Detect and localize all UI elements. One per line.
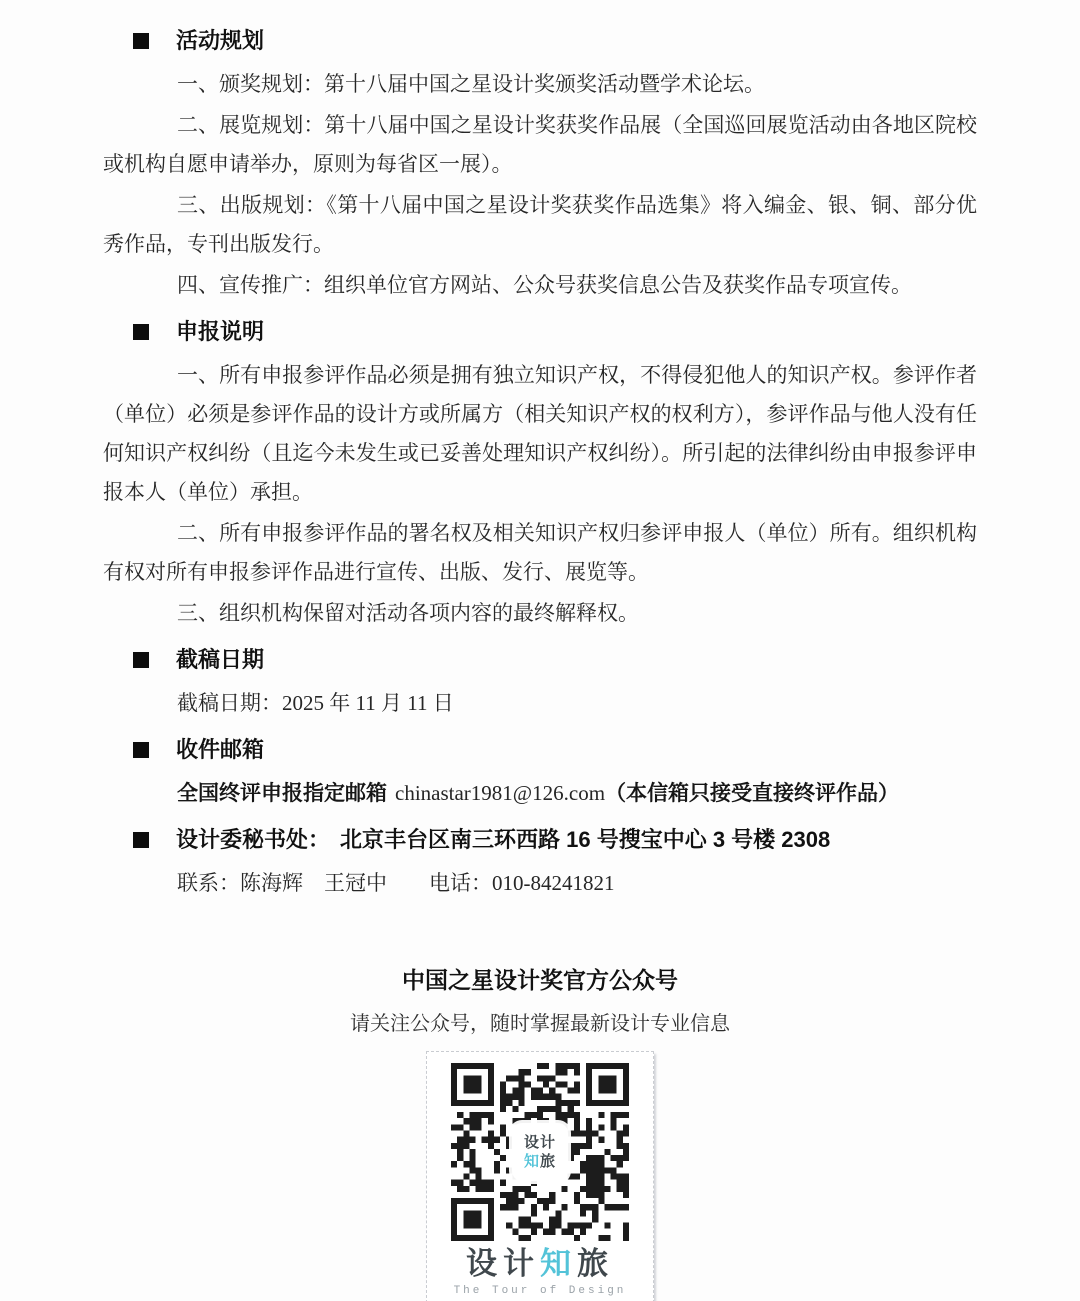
brand-logo: 设计知旅 [427, 1247, 653, 1281]
section-heading-label: 申报说明 [176, 312, 264, 352]
qr-badge-line2: 知旅 [524, 1152, 556, 1171]
document-content: 活动规划 一、颁奖规划：第十八届中国之星设计奖颁奖活动暨学术论坛。 二、展览规划… [0, 0, 1080, 1301]
brand-highlight: 知 [540, 1246, 577, 1281]
qr-badge-highlight: 知 [524, 1153, 540, 1170]
email-address: chinastar1981@126.com [395, 781, 605, 805]
section-heading-label: 截稿日期 [176, 640, 264, 680]
qr-card: 设计 知旅 设计知旅 The Tour of Design [426, 1051, 654, 1301]
secretariat-address: 北京丰台区南三环西路 16 号搜宝中心 3 号楼 2308 [340, 820, 830, 860]
section-heading-label: 活动规划 [176, 21, 264, 61]
section-heading-activity: 活动规划 [133, 21, 977, 61]
mailbox-note: （本信箱只接受直接终评作品） [605, 782, 899, 805]
brand-tagline: The Tour of Design [427, 1284, 653, 1298]
brand-part2: 旅 [577, 1246, 614, 1281]
paragraph-publication-plan: 三、出版规划：《第十八届中国之星设计奖获奖作品选集》将入编金、银、铜、部分优秀作… [103, 186, 977, 264]
document-page: 活动规划 一、颁奖规划：第十八届中国之星设计奖颁奖活动暨学术论坛。 二、展览规划… [0, 0, 1080, 1301]
qr-badge-rest: 旅 [540, 1153, 556, 1170]
qr-center-badge: 设计 知旅 [512, 1123, 568, 1181]
qr-badge-line1: 设计 [524, 1133, 556, 1152]
paragraph-award-plan: 一、颁奖规划：第十八届中国之星设计奖颁奖活动暨学术论坛。 [103, 65, 977, 104]
section-heading-mailbox: 收件邮箱 [133, 730, 977, 770]
square-bullet-icon [133, 33, 149, 49]
section-heading-label: 设计委秘书处： [176, 820, 330, 860]
official-account-title: 中国之星设计奖官方公众号 [103, 965, 977, 995]
paragraph-declaration-1: 一、所有申报参评作品必须是拥有独立知识产权，不得侵犯他人的知识产权。参评作者（单… [103, 356, 977, 512]
mailbox-label: 全国终评申报指定邮箱 [177, 782, 387, 805]
section-heading-label: 收件邮箱 [176, 730, 264, 770]
mailbox-line: 全国终评申报指定邮箱chinastar1981@126.com（本信箱只接受直接… [103, 774, 977, 813]
square-bullet-icon [133, 742, 149, 758]
paragraph-exhibition-plan: 二、展览规划：第十八届中国之星设计奖获奖作品展（全国巡回展览活动由各地区院校或机… [103, 106, 977, 184]
square-bullet-icon [133, 832, 149, 848]
official-account-subtitle: 请关注公众号，随时掌握最新设计专业信息 [103, 1011, 977, 1037]
paragraph-promotion-plan: 四、宣传推广：组织单位官方网站、公众号获奖信息公告及获奖作品专项宣传。 [103, 266, 977, 305]
section-heading-secretariat: 设计委秘书处： 北京丰台区南三环西路 16 号搜宝中心 3 号楼 2308 [133, 820, 977, 860]
paragraph-declaration-2: 二、所有申报参评作品的署名权及相关知识产权归参评申报人（单位）所有。组织机构有权… [103, 514, 977, 592]
qr-wrap: 设计 知旅 [451, 1063, 629, 1241]
deadline-date-line: 截稿日期：2025 年 11 月 11 日 [103, 684, 977, 723]
brand-part1: 设计 [466, 1246, 540, 1281]
square-bullet-icon [133, 324, 149, 340]
paragraph-declaration-3: 三、组织机构保留对活动各项内容的最终解释权。 [103, 594, 977, 633]
contact-line: 联系：陈海辉 王冠中 电话：010-84241821 [103, 864, 977, 903]
section-heading-deadline: 截稿日期 [133, 640, 977, 680]
section-heading-declaration: 申报说明 [133, 312, 977, 352]
square-bullet-icon [133, 652, 149, 668]
